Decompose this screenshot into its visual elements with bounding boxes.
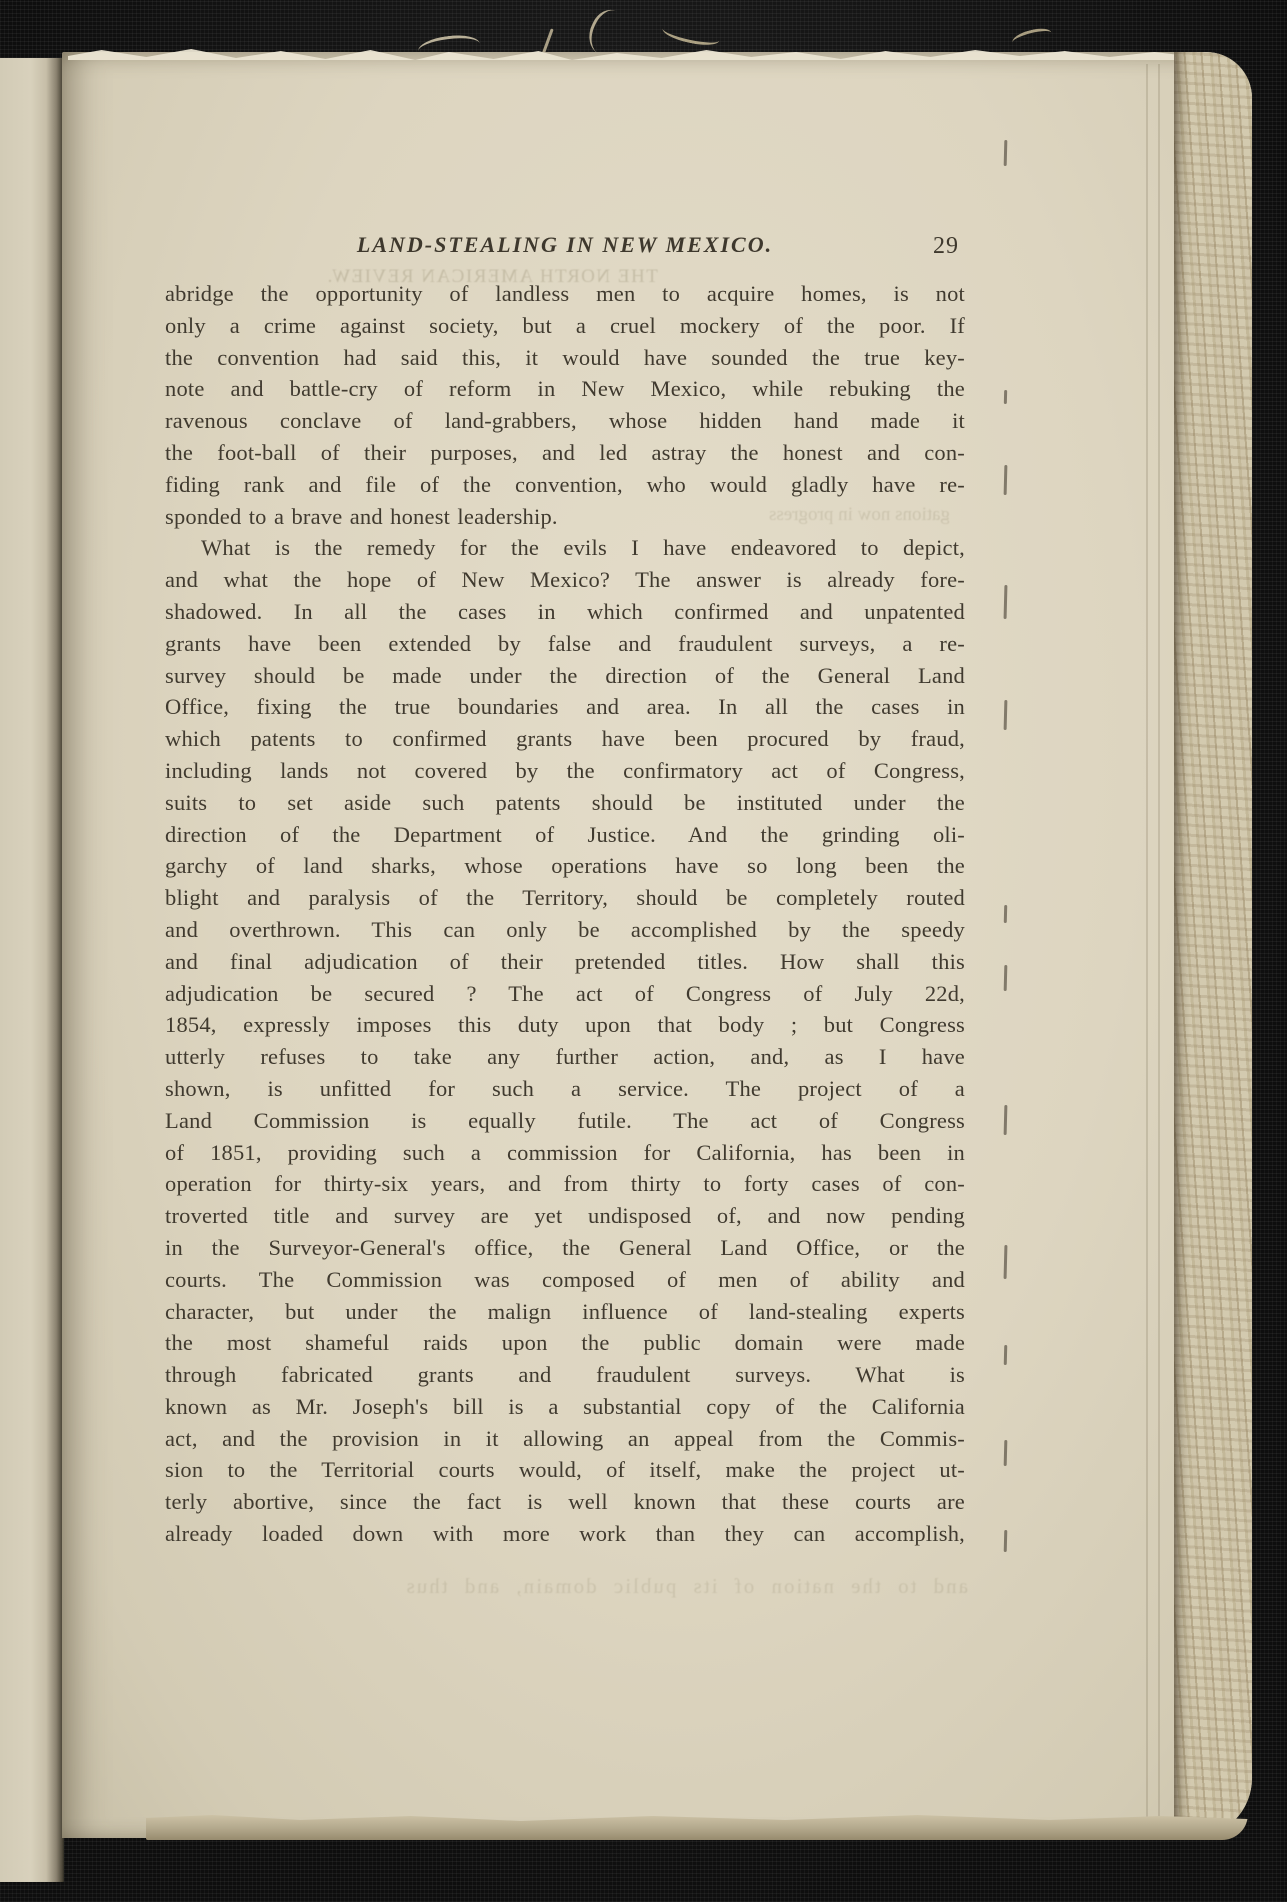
text-line: and final adjudication of their pretende… [165, 946, 965, 978]
text-line: only a crime against society, but a crue… [165, 310, 965, 342]
text-line: including lands not covered by the confi… [165, 755, 965, 787]
text-line: What is the remedy for the evils I have … [165, 532, 965, 564]
page-number: 29 [933, 233, 959, 260]
text-line: sion to the Territorial courts would, of… [165, 1454, 965, 1486]
text-line: operation for thirty-six years, and from… [165, 1168, 965, 1200]
text-line: garchy of land sharks, whose operations … [165, 850, 965, 882]
text-line: which patents to confirmed grants have b… [165, 723, 965, 755]
text-line: shadowed. In all the cases in which conf… [165, 596, 965, 628]
text-line: adjudication be secured ? The act of Con… [165, 978, 965, 1010]
header-row: LAND-STEALING IN NEW MEXICO. 29 [165, 232, 965, 266]
running-header: LAND-STEALING IN NEW MEXICO. [165, 232, 965, 258]
loose-thread [661, 20, 721, 49]
text-line: terly abortive, since the fact is well k… [165, 1486, 965, 1518]
page-edge-mark [1004, 965, 1008, 991]
page-bottom-edge [146, 1814, 1248, 1840]
text-line: the foot-ball of their purposes, and led… [165, 437, 965, 469]
text-line: troverted title and survey are yet undis… [165, 1200, 965, 1232]
loose-thread [1011, 25, 1053, 49]
text-line: blight and paralysis of the Territory, s… [165, 882, 965, 914]
text-line: survey should be made under the directio… [165, 660, 965, 692]
text-line: known as Mr. Joseph's bill is a substant… [165, 1391, 965, 1423]
page-crease [1146, 64, 1148, 1824]
text-line: Office, fixing the true boundaries and a… [165, 691, 965, 723]
book-gutter-pages [0, 58, 64, 1882]
text-line: direction of the Department of Justice. … [165, 819, 965, 851]
book-page: LAND-STEALING IN NEW MEXICO. 29 THE NORT… [62, 52, 1252, 1838]
page-edge-mark [1004, 1105, 1008, 1135]
text-line: already loaded down with more work than … [165, 1518, 965, 1550]
text-line: sponded to a brave and honest leadership… [165, 501, 965, 533]
text-line: through fabricated grants and fraudulent… [165, 1359, 965, 1391]
text-line: note and battle-cry of reform in New Mex… [165, 373, 965, 405]
show-through-text: and to the nation of its public domain, … [168, 1574, 968, 1599]
page-edge-mark [1004, 905, 1007, 923]
text-line: 1854, expressly imposes this duty upon t… [165, 1009, 965, 1041]
text-line: and overthrown. This can only be accompl… [165, 914, 965, 946]
page-edge-mark [1004, 1440, 1008, 1466]
text-line: fiding rank and file of the convention, … [165, 469, 965, 501]
page-edge-mark [1004, 1245, 1008, 1279]
text-line: act, and the provision in it allowing an… [165, 1423, 965, 1455]
text-line: suits to set aside such patents should b… [165, 787, 965, 819]
page-fore-edge [1174, 52, 1252, 1838]
photograph-of-book-page: { "document": { "running_header": "LAND-… [0, 0, 1287, 1902]
text-line: in the Surveyor-General's office, the Ge… [165, 1232, 965, 1264]
text-line: abridge the opportunity of landless men … [165, 278, 965, 310]
page-edge-mark [1004, 465, 1008, 495]
page-crease [1158, 64, 1160, 1824]
torn-top-edge [68, 47, 1188, 60]
text-line: grants have been extended by false and f… [165, 628, 965, 660]
text-line: and what the hope of New Mexico? The ans… [165, 564, 965, 596]
page-edge-mark [1004, 700, 1008, 730]
text-line: ravenous conclave of land-grabbers, whos… [165, 405, 965, 437]
page-edge-mark [1004, 390, 1007, 404]
page-edge-mark [1004, 585, 1008, 619]
page-edge-mark [1004, 1530, 1008, 1552]
text-line: courts. The Commission was composed of m… [165, 1264, 965, 1296]
text-line: the most shameful raids upon the public … [165, 1327, 965, 1359]
text-line: shown, is unfitted for such a service. T… [165, 1073, 965, 1105]
text-line: Land Commission is equally futile. The a… [165, 1105, 965, 1137]
page-edge-mark [1004, 140, 1008, 166]
body-text-block: abridge the opportunity of landless men … [165, 278, 965, 1550]
page-edge-mark [1004, 1345, 1008, 1365]
text-line: character, but under the malign influenc… [165, 1296, 965, 1328]
text-line: of 1851, providing such a commission for… [165, 1137, 965, 1169]
text-line: utterly refuses to take any further acti… [165, 1041, 965, 1073]
text-line: the convention had said this, it would h… [165, 342, 965, 374]
